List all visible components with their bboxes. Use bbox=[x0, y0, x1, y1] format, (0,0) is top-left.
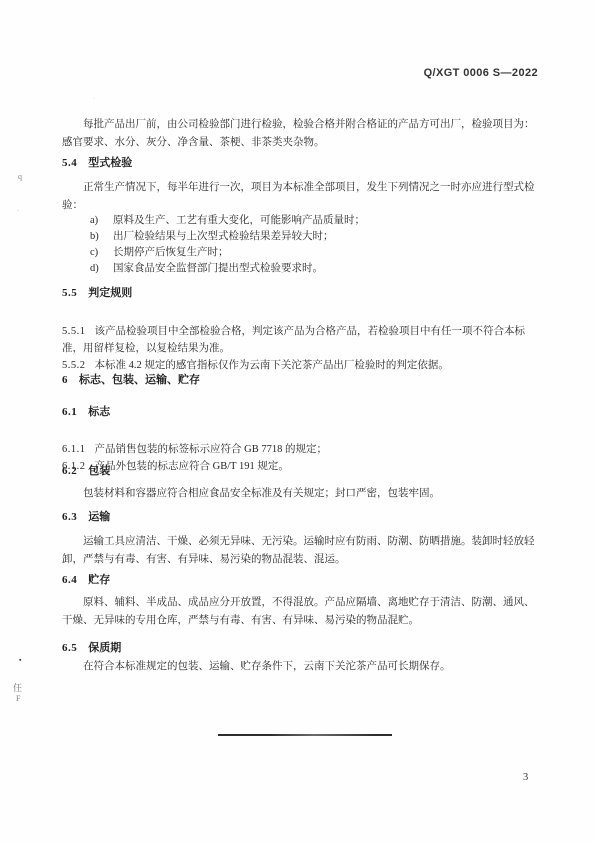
list-item-label: b) bbox=[90, 229, 113, 245]
list-item-d: d)国家食品安全监督部门提出型式检验要求时。 bbox=[90, 261, 568, 277]
doc-number-header: Q/XGT 0006 S—2022 bbox=[424, 67, 538, 79]
list-item-text: 国家食品安全监督部门提出型式检验要求时。 bbox=[113, 263, 323, 274]
paragraph-storage: 原料、辅料、半成品、成品应分开放置，不得混放。产品应隔墙、离地贮存于清洁、防潮、… bbox=[62, 594, 540, 630]
scan-artifact: 仼 bbox=[13, 681, 22, 694]
section-heading-5-5: 5.5判定规则 bbox=[62, 286, 540, 300]
paragraph-type-inspection: 正常生产情况下，每半年进行一次，项目为本标准全部项目，发生下列情况之一时亦应进行… bbox=[62, 179, 540, 215]
page-number: 3 bbox=[523, 772, 528, 783]
section-title: 判定规则 bbox=[88, 287, 132, 299]
section-heading-6-4: 6.4贮存 bbox=[62, 573, 540, 587]
paragraph-packaging: 包装材料和容器应符合相应食品安全标准及有关规定；封口严密，包装牢固。 bbox=[62, 485, 540, 503]
clause-number: 5.5.2 bbox=[62, 360, 86, 371]
section-number: 5.5 bbox=[62, 287, 77, 299]
section-title: 标志、包装、运输、贮存 bbox=[79, 374, 200, 386]
scan-artifact: q bbox=[18, 172, 22, 181]
paragraph-exfactory-inspection: 每批产品出厂前，由公司检验部门进行检验，检验合格并附合格证的产品方可出厂，检验项… bbox=[62, 116, 540, 152]
list-item-text: 原料及生产、工艺有重大变化，可能影响产品质量时； bbox=[113, 215, 365, 226]
section-heading-6-3: 6.3运输 bbox=[62, 510, 540, 524]
list-item-text: 出厂检验结果与上次型式检验结果差异较大时； bbox=[113, 231, 334, 242]
scan-artifact: ▪ bbox=[19, 656, 21, 664]
end-of-document-rule bbox=[218, 734, 392, 736]
section-title: 保质期 bbox=[88, 642, 121, 654]
list-item-a: a)原料及生产、工艺有重大变化，可能影响产品质量时； bbox=[90, 213, 568, 229]
list-item-label: c) bbox=[90, 245, 113, 261]
section-heading-5-4: 5.4型式检验 bbox=[62, 156, 540, 170]
section-number: 5.4 bbox=[62, 157, 77, 169]
section-number: 6.3 bbox=[62, 511, 77, 523]
list-item-text: 长期停产后恢复生产时； bbox=[113, 247, 229, 258]
section-number: 6.4 bbox=[62, 574, 77, 586]
clause-number: 5.5.1 bbox=[62, 326, 86, 337]
list-item-label: a) bbox=[90, 213, 113, 229]
section-heading-6-1: 6.1标志 bbox=[62, 405, 540, 419]
clause-5-5-2: 5.5.2本标准 4.2 规定的感官指标仅作为云南下关沱茶产品出厂检验时的判定依… bbox=[62, 340, 540, 374]
scan-artifact: · bbox=[17, 207, 19, 215]
scan-artifact: · bbox=[93, 96, 95, 102]
section-heading-6: 6标志、包装、运输、贮存 bbox=[62, 373, 540, 387]
section-title: 贮存 bbox=[88, 574, 110, 586]
section-title: 包装 bbox=[88, 465, 110, 477]
section-number: 6 bbox=[62, 374, 68, 386]
type-inspection-condition-list: a)原料及生产、工艺有重大变化，可能影响产品质量时； b)出厂检验结果与上次型式… bbox=[62, 213, 568, 277]
clause-text: 本标准 4.2 规定的感官指标仅作为云南下关沱茶产品出厂检验时的判定依据。 bbox=[95, 360, 449, 371]
section-number: 6.2 bbox=[62, 465, 77, 477]
section-number: 6.1 bbox=[62, 406, 77, 418]
section-title: 标志 bbox=[88, 406, 110, 418]
list-item-c: c)长期停产后恢复生产时； bbox=[90, 245, 568, 261]
section-heading-6-2: 6.2包装 bbox=[62, 464, 540, 478]
document-page: Q/XGT 0006 S—2022 每批产品出厂前，由公司检验部门进行检验，检验… bbox=[0, 0, 595, 842]
paragraph-shelf-life: 在符合本标准规定的包装、运输、贮存条件下，云南下关沱茶产品可长期保存。 bbox=[62, 658, 540, 676]
section-number: 6.5 bbox=[62, 642, 77, 654]
section-title: 运输 bbox=[88, 511, 110, 523]
list-item-b: b)出厂检验结果与上次型式检验结果差异较大时； bbox=[90, 229, 568, 245]
section-title: 型式检验 bbox=[88, 157, 132, 169]
scan-artifact: F bbox=[16, 694, 20, 703]
section-heading-6-5: 6.5保质期 bbox=[62, 641, 540, 655]
list-item-label: d) bbox=[90, 261, 113, 277]
paragraph-transport: 运输工具应清洁、干燥、必须无异味、无污染。运输时应有防雨、防潮、防晒措施。装卸时… bbox=[62, 533, 540, 569]
